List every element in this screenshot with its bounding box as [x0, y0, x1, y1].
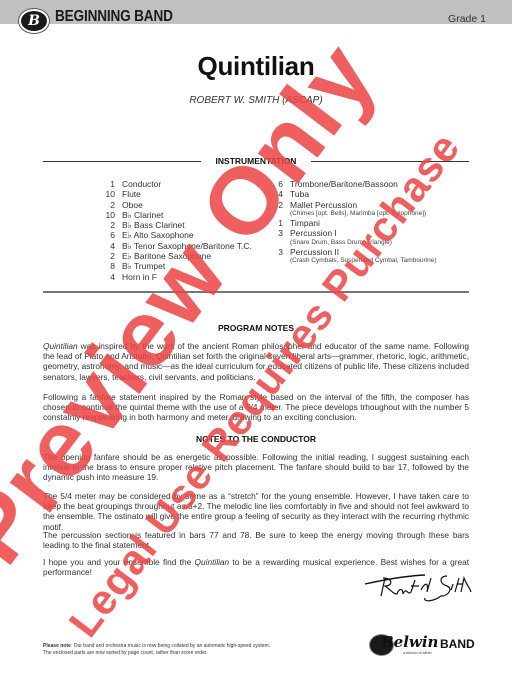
publisher-subtitle: a division of Alfred	[403, 651, 431, 655]
paragraph-text: was inspired by the work of the ancient …	[43, 341, 469, 382]
note-text: : Our band and orchestra music is now be…	[71, 643, 270, 649]
instrument-name: Conductor	[122, 179, 161, 189]
instrument-name: B♭ Clarinet	[122, 210, 163, 220]
instrument-row: 6Trombone/Baritone/Bassoon	[268, 179, 437, 189]
heading-rule-right	[311, 161, 469, 162]
program-notes-paragraph: Following a fanfare statement inspired b…	[43, 392, 469, 423]
instrument-name: B♭ Bass Clarinet	[122, 220, 185, 230]
instrument-name: Trombone/Baritone/Bassoon	[290, 179, 398, 189]
instrumentation-heading: INSTRUMENTATION	[43, 156, 469, 168]
conductor-notes-paragraph: The opening fanfare should be as energet…	[43, 452, 469, 483]
instrument-row: 1Timpani	[268, 218, 437, 228]
belwin-logo-icon: B	[19, 9, 49, 33]
conductor-notes-heading: NOTES TO THE CONDUCTOR	[0, 434, 512, 444]
instrument-name: Percussion II	[290, 247, 339, 257]
instrument-quantity: 2	[100, 220, 115, 230]
instrument-quantity: 3	[268, 228, 283, 238]
instrument-name: B♭ Tenor Saxophone/Baritone T.C.	[122, 241, 252, 251]
instrument-quantity: 8	[100, 261, 115, 271]
series-title: BEGINNING BAND	[55, 8, 173, 26]
instrument-row: 2Mallet Percussion	[268, 200, 437, 210]
instrument-row: 4B♭ Tenor Saxophone/Baritone T.C.	[100, 241, 252, 251]
program-notes-paragraph: Quintilian was inspired by the work of t…	[43, 341, 469, 382]
instrument-quantity: 4	[100, 241, 115, 251]
publisher-band: BAND	[440, 637, 475, 651]
instrument-row: 4Horn in F	[100, 272, 252, 282]
instrument-name: Mallet Percussion	[290, 200, 357, 210]
instrument-quantity: 1	[268, 218, 283, 228]
instrument-quantity: 2	[268, 200, 283, 210]
instrument-row: 2E♭ Baritone Saxophone	[100, 251, 252, 261]
section-divider	[43, 291, 469, 293]
instrument-name: Horn in F	[122, 272, 157, 282]
instrument-name: E♭ Baritone Saxophone	[122, 251, 211, 261]
publisher-name: Belwin	[381, 633, 438, 651]
instrument-quantity: 6	[100, 230, 115, 240]
header-bar: B BEGINNING BAND Grade 1	[0, 0, 512, 24]
instrument-name: B♭ Trumpet	[122, 261, 165, 271]
instrument-quantity: 4	[268, 189, 283, 199]
instrument-name: Percussion I	[290, 228, 337, 238]
italic-title: Quintilian	[195, 557, 230, 567]
instrument-row: 10Flute	[100, 189, 252, 199]
instrument-note: (Snare Drum, Bass Drum, Triangle)	[268, 239, 437, 247]
composer: ROBERT W. SMITH (ASCAP)	[0, 95, 512, 106]
instrument-row: 8B♭ Trumpet	[100, 261, 252, 271]
program-notes-heading: PROGRAM NOTES	[0, 323, 512, 333]
note-label: Please note	[43, 643, 71, 649]
note-text: The enclosed parts are now sorted by pag…	[43, 650, 270, 657]
signature-icon	[363, 572, 473, 612]
instrument-quantity: 10	[100, 189, 115, 199]
instrument-quantity: 2	[100, 251, 115, 261]
instrument-name: E♭ Alto Saxophone	[122, 230, 194, 240]
instrument-name: Oboe	[122, 200, 143, 210]
instrument-row: 10B♭ Clarinet	[100, 210, 252, 220]
instrument-row: 3Percussion I	[268, 228, 437, 238]
instrument-row: 4Tuba	[268, 189, 437, 199]
instrument-row: 2B♭ Bass Clarinet	[100, 220, 252, 230]
collation-note: Please note: Our band and orchestra musi…	[43, 643, 270, 657]
belwin-band-logo: Belwin BAND a division of Alfred	[369, 633, 474, 659]
instrument-quantity: 1	[100, 179, 115, 189]
instrument-quantity: 3	[268, 247, 283, 257]
instrument-quantity: 2	[100, 200, 115, 210]
instrument-row: 1Conductor	[100, 179, 252, 189]
conductor-notes-paragraph: The percussion section is featured in ba…	[43, 530, 469, 550]
conductor-notes-paragraph: The 5/4 meter may be considered by some …	[43, 491, 469, 532]
instrument-quantity: 6	[268, 179, 283, 189]
italic-title: Quintilian	[43, 341, 78, 351]
instrument-row: 6E♭ Alto Saxophone	[100, 230, 252, 240]
paragraph-text: I hope you and your ensemble find the	[43, 557, 195, 567]
instrument-row: 2Oboe	[100, 200, 252, 210]
instrumentation-list-left: 1Conductor10Flute2Oboe10B♭ Clarinet2B♭ B…	[100, 179, 252, 282]
instrument-name: Timpani	[290, 218, 320, 228]
instrument-quantity: 4	[100, 272, 115, 282]
grade-label: Grade 1	[448, 13, 486, 25]
piece-title: Quintilian	[0, 51, 512, 82]
instrument-note: (Crash Cymbals, Suspended Cymbal, Tambou…	[268, 257, 437, 265]
instrument-name: Tuba	[290, 189, 309, 199]
instrument-name: Flute	[122, 189, 141, 199]
instrument-row: 3Percussion II	[268, 247, 437, 257]
instrument-quantity: 10	[100, 210, 115, 220]
instrumentation-list-right: 6Trombone/Baritone/Bassoon4Tuba2Mallet P…	[268, 179, 437, 266]
instrument-note: (Chimes [opt. Bells], Marimba [opt. Xylo…	[268, 210, 437, 218]
